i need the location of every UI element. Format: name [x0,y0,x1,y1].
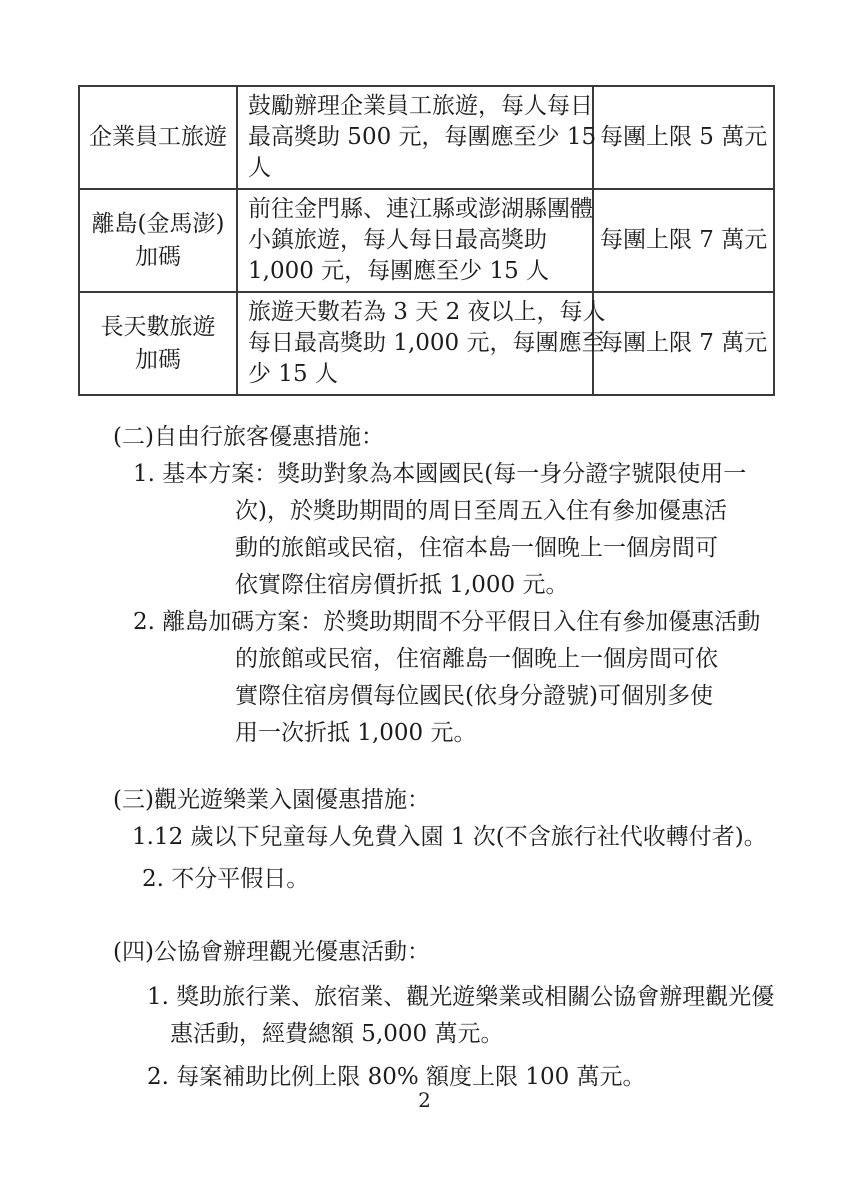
table-cell-description: 鼓勵辦理企業員工旅遊，每人每日 最高獎助 500 元，每團應至少 15 人 [237,86,593,189]
text-line: 1.12 歲以下兒童每人免費入園 1 次(不含旅行社代收轉付者)。 [78,819,798,856]
section-heading: (三)觀光遊樂業入園優惠措施： [78,782,798,819]
table-cell-category: 企業員工旅遊 [79,86,237,189]
section-heading: (二)自由行旅客優惠措施： [78,419,798,456]
text-line: 實際住宿房價每位國民(依身分證號)可個別多使 [78,678,798,715]
table-row: 企業員工旅遊 鼓勵辦理企業員工旅遊，每人每日 最高獎助 500 元，每團應至少 … [79,86,774,189]
text-line: 的旅館或民宿，住宿離島一個晚上一個房間可依 [78,641,798,678]
table-cell-category: 離島(金馬澎) 加碼 [79,189,237,292]
description-line: 人 [248,153,586,184]
limit-label: 每團上限 7 萬元 [600,225,767,256]
text-line: 次)，於獎助期間的周日至周五入住有參加優惠活 [78,493,798,530]
category-label: 離島(金馬澎) [86,208,230,241]
table-cell-description: 前往金門縣、連江縣或澎湖縣團體 小鎮旅遊，每人每日最高獎助 1,000 元，每團… [237,189,593,292]
description-line: 每日最高獎助 1,000 元，每團應至 [248,328,586,359]
text-line: 動的旅館或民宿，住宿本島一個晚上一個房間可 [78,530,798,567]
category-label: 加碼 [86,241,230,274]
description-line: 旅遊天數若為 3 天 2 夜以上，每人 [248,297,586,328]
category-label: 企業員工旅遊 [86,121,230,154]
text-line: 依實際住宿房價折抵 1,000 元。 [78,567,798,604]
description-line: 最高獎助 500 元，每團應至少 15 [248,122,586,153]
table-cell-limit: 每團上限 5 萬元 [593,86,774,189]
table-row: 離島(金馬澎) 加碼 前往金門縣、連江縣或澎湖縣團體 小鎮旅遊，每人每日最高獎助… [79,189,774,292]
document-body: (二)自由行旅客優惠措施： 1. 基本方案：獎助對象為本國國民(每一身分證字號限… [78,371,798,1096]
text-line: 2. 離島加碼方案：於獎助期間不分平假日入住有參加優惠活動 [78,604,798,641]
description-line: 小鎮旅遊，每人每日最高獎助 [248,225,586,256]
document-page: 企業員工旅遊 鼓勵辦理企業員工旅遊，每人每日 最高獎助 500 元，每團應至少 … [0,0,849,1200]
text-line: 1. 基本方案：獎助對象為本國國民(每一身分證字號限使用一 [78,456,798,493]
text-line: 用一次折抵 1,000 元。 [78,715,798,752]
description-line: 前往金門縣、連江縣或澎湖縣團體 [248,194,586,225]
text-line: 2. 不分平假日。 [78,861,798,898]
limit-label: 每團上限 5 萬元 [600,122,767,153]
description-line: 鼓勵辦理企業員工旅遊，每人每日 [248,91,586,122]
text-line: 1. 獎助旅行業、旅宿業、觀光遊樂業或相關公協會辦理觀光優 [78,979,798,1016]
subsidy-table: 企業員工旅遊 鼓勵辦理企業員工旅遊，每人每日 最高獎助 500 元，每團應至少 … [78,85,775,396]
description-line: 1,000 元，每團應至少 15 人 [248,256,586,287]
section-heading: (四)公協會辦理觀光優惠活動： [78,934,798,971]
page-number: 2 [0,1088,849,1112]
limit-label: 每團上限 7 萬元 [600,328,767,359]
category-label: 長天數旅遊 [86,311,230,344]
text-line: 惠活動，經費總額 5,000 萬元。 [78,1016,798,1053]
table-cell-limit: 每團上限 7 萬元 [593,189,774,292]
